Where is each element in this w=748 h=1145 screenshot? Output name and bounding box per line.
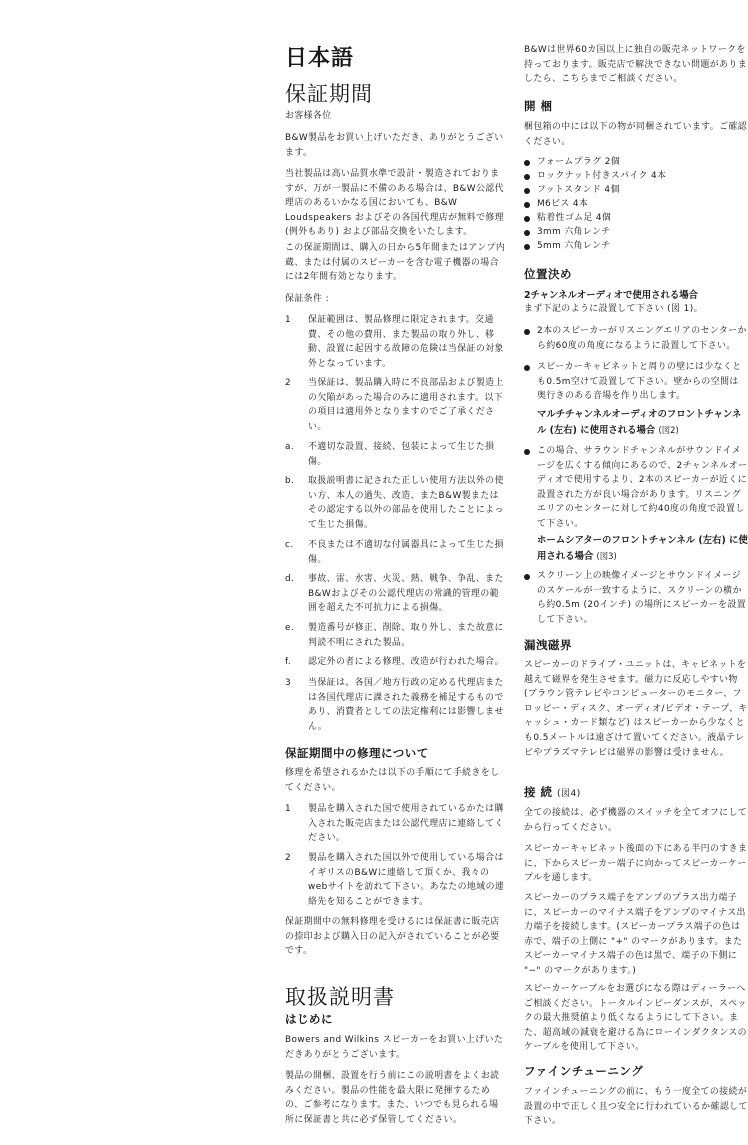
unpacking-intro: 梱包箱の中には以下の物が同梱されています。ご確認ください。 bbox=[524, 120, 748, 149]
connection-paragraph-2: スピーカーキャビネット後面の下にある半円のすきまに、下からスピーカー端子に向かっ… bbox=[524, 842, 748, 886]
condition-item: 1 保証範囲は、製品修理に限定されます。交通費、その他の費用、また製品の取り外し… bbox=[285, 313, 507, 371]
connection-paragraph-4: スピーカーケーブルをお選びになる際はディーラーへご相談ください。トータルインピー… bbox=[524, 982, 748, 1055]
home-theater-bullet: スクリーン上の映像イメージとサウンドイメージのスケールが一致するように、スクリー… bbox=[524, 569, 748, 627]
repair-step-marker: 2 bbox=[285, 851, 291, 866]
thanks-paragraph: B&W製品をお買い上げいただき、ありがとうございます。 bbox=[285, 131, 507, 160]
contents-item: M6ビス 4本 bbox=[524, 198, 748, 212]
manual-title: 取扱説明書 bbox=[285, 984, 395, 1010]
condition-text: 取扱説明書に記された正しい使用方法以外の使い方、本人の過失、改造、またB&W製ま… bbox=[308, 474, 507, 532]
intro-heading: はじめに bbox=[285, 1012, 333, 1026]
warranty-period-paragraph: この保証期間は、購入の日から5年間またはアンプ内蔵、または付属のスピーカーを含む… bbox=[285, 241, 507, 285]
contents-item: 3mm 六角レンチ bbox=[524, 226, 748, 240]
intro-thanks: Bowers and Wilkins スピーカーをお買い上げいただきありがとうご… bbox=[285, 1033, 507, 1062]
magnetic-paragraph: スピーカーのドライブ・ユニットは、キャビネットを越えて磁界を発生させます。磁力に… bbox=[524, 658, 748, 760]
repair-intro: 修理を希望されるかたは以下の手順にて手続きをしてください。 bbox=[285, 766, 507, 795]
contents-item: フォームプラグ 2個 bbox=[524, 156, 748, 170]
condition-marker: b. bbox=[285, 474, 294, 489]
bullet-icon bbox=[524, 216, 530, 222]
condition-text: 認定外の者による修理、改造が行われた場合。 bbox=[308, 655, 507, 670]
condition-marker: d. bbox=[285, 572, 294, 587]
condition-text: 製造番号が修正、削除、取り外し、また故意に判読不明にされた製品。 bbox=[308, 621, 507, 650]
condition-item: a. 不適切な設置、接続、包装によって生じた損傷。 bbox=[285, 440, 507, 469]
bullet-icon bbox=[524, 329, 530, 335]
salutation: お客様各位 bbox=[285, 109, 507, 124]
bullet-icon bbox=[524, 365, 530, 371]
contents-item: フットスタンド 4個 bbox=[524, 184, 748, 198]
condition-text: 事故、雷、水害、火災、熱、戦争、争乱、またB&Wおよびその公認代理店の常識的管理… bbox=[308, 572, 507, 616]
multi-channel-bullet: この場合、サラウンドチャンネルがサウンドイメージを広くする傾向にあるので、2チャ… bbox=[524, 444, 748, 532]
multi-channel-heading: マルチチャンネルオーディオのフロントチャンネル (左右) に使用される場合 (図… bbox=[537, 408, 748, 438]
condition-item: b. 取扱説明書に記された正しい使用方法以外の使い方、本人の過失、改造、またB&… bbox=[285, 474, 507, 532]
contents-item: 粘着性ゴム足 4個 bbox=[524, 212, 748, 226]
figure-ref: (図4) bbox=[557, 789, 581, 799]
repair-step: 2 製品を購入された国以外で使用している場合はイギリスのB&Wに連絡して頂くか、… bbox=[285, 851, 507, 909]
condition-item: c. 不良または不適切な付属器具によって生じた損傷。 bbox=[285, 538, 507, 567]
connection-heading: 接 続 (図4) bbox=[524, 785, 581, 801]
two-channel-bullet: スピーカーキャビネットと周りの壁には少なくとも0.5m空けて設置して下さい。壁か… bbox=[524, 360, 748, 404]
fine-tuning-heading: ファインチューニング bbox=[524, 1064, 643, 1078]
condition-item: d. 事故、雷、水害、火災、熱、戦争、争乱、またB&Wおよびその公認代理店の常識… bbox=[285, 572, 507, 616]
condition-item: 3 当保証は、各国／地方行政の定める代理店または各国代理店に課された義務を補足す… bbox=[285, 676, 507, 734]
repair-step-marker: 1 bbox=[285, 802, 291, 817]
bullet-icon bbox=[524, 230, 530, 236]
condition-text: 保証範囲は、製品修理に限定されます。交通費、その他の費用、また製品の取り外し、移… bbox=[308, 313, 507, 371]
condition-marker: a. bbox=[285, 440, 294, 455]
figure-ref: (図3) bbox=[597, 551, 617, 561]
contents-item: 5mm 六角レンチ bbox=[524, 240, 748, 254]
repair-note: 保証期間中の無料修理を受けるには保証書に販売店の捺印および購入日の記入がされてい… bbox=[285, 915, 507, 959]
unpacking-heading: 開 梱 bbox=[524, 99, 553, 113]
repair-step-text: 製品を購入された国以外で使用している場合はイギリスのB&Wに連絡して頂くか、我々… bbox=[308, 851, 507, 909]
two-channel-intro: まず下記のように設置して下さい (図 1)。 bbox=[524, 302, 748, 317]
repair-heading: 保証期間中の修理について bbox=[285, 746, 429, 760]
warranty-title: 保証期間 bbox=[285, 81, 373, 107]
condition-marker: c. bbox=[285, 538, 294, 553]
home-theater-heading: ホームシアターのフロントチャンネル (左右) に使用される場合 (図3) bbox=[537, 534, 748, 564]
condition-marker: 3 bbox=[285, 676, 291, 691]
magnetic-heading: 漏洩磁界 bbox=[524, 638, 572, 652]
bullet-icon bbox=[524, 244, 530, 250]
condition-text: 当保証は、製品購入時に不良部品および製造上の欠陥があった場合のみに適用されます。… bbox=[308, 376, 507, 434]
condition-marker: e. bbox=[285, 621, 294, 636]
condition-text: 不良または不適切な付属器具によって生じた損傷。 bbox=[308, 538, 507, 567]
connection-paragraph-1: 全ての接続は、必ず機器のスイッチを全てオフにしてから行ってください。 bbox=[524, 806, 748, 835]
conditions-label: 保証条件 : bbox=[285, 292, 507, 307]
bullet-icon bbox=[524, 160, 530, 166]
condition-item: f. 認定外の者による修理、改造が行われた場合。 bbox=[285, 655, 507, 670]
condition-text: 不適切な設置、接続、包装によって生じた損傷。 bbox=[308, 440, 507, 469]
two-channel-bullet: 2本のスピーカーがリスニングエリアのセンターから約60度の角度になるように設置し… bbox=[524, 324, 748, 353]
language-title: 日本語 bbox=[285, 46, 354, 72]
figure-ref: (図2) bbox=[659, 425, 679, 435]
bullet-icon bbox=[524, 174, 530, 180]
repair-step: 1 製品を購入された国で使用されているかたは購入された販売店または公認代理店に連… bbox=[285, 802, 507, 846]
condition-marker: 1 bbox=[285, 313, 291, 328]
connection-paragraph-3: スピーカーのプラス端子をアンプのプラス出力端子に、スピーカーのマイナス端子をアン… bbox=[524, 891, 748, 979]
positioning-heading: 位置決め bbox=[524, 267, 572, 281]
condition-marker: f. bbox=[285, 655, 291, 670]
intro-text: 製品の開梱、設置を行う前にこの説明書をよくお読みください。製品の性能を最大限に発… bbox=[285, 1069, 507, 1127]
bullet-icon bbox=[524, 202, 530, 208]
contents-item: ロックナット付きスパイク 4本 bbox=[524, 170, 748, 184]
condition-item: e. 製造番号が修正、削除、取り外し、また故意に判読不明にされた製品。 bbox=[285, 621, 507, 650]
warranty-intro-paragraph: 当社製品は高い品質水準で設計・製造されておりますが、万が一製品に不備のある場合は… bbox=[285, 167, 507, 240]
bullet-icon bbox=[524, 188, 530, 194]
bullet-icon bbox=[524, 449, 530, 455]
bullet-icon bbox=[524, 574, 530, 580]
fine-tuning-paragraph: ファインチューニングの前に、もう一度全ての接続が設置の中で正しく且つ安全に行われ… bbox=[524, 1085, 748, 1129]
condition-marker: 2 bbox=[285, 376, 291, 391]
repair-step-text: 製品を購入された国で使用されているかたは購入された販売店または公認代理店に連絡し… bbox=[308, 802, 507, 846]
network-paragraph: B&Wは世界60カ国以上に独自の販売ネットワークを持っております。販売店で解決で… bbox=[524, 43, 748, 87]
condition-text: 当保証は、各国／地方行政の定める代理店または各国代理店に課された義務を補足するも… bbox=[308, 676, 507, 734]
condition-item: 2 当保証は、製品購入時に不良部品および製造上の欠陥があった場合のみに適用されま… bbox=[285, 376, 507, 434]
